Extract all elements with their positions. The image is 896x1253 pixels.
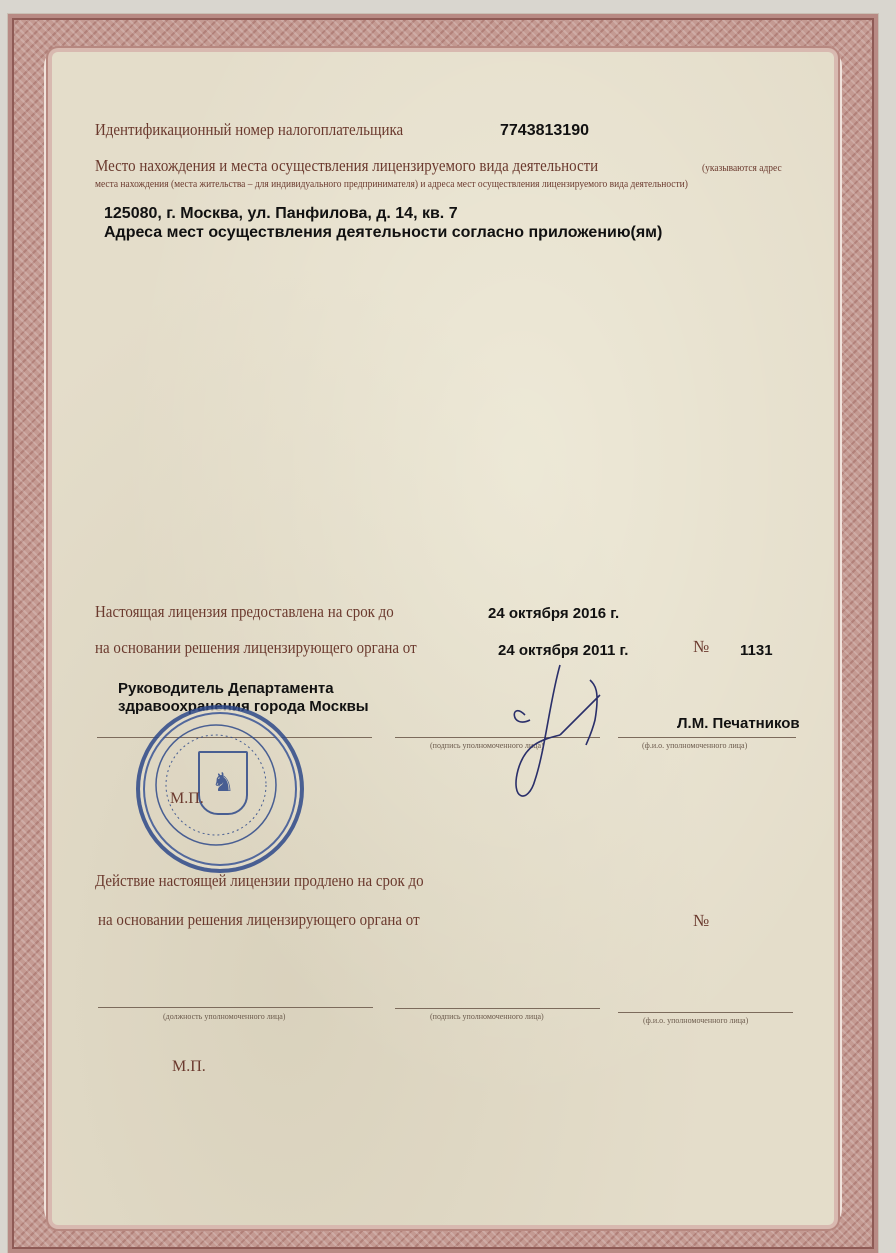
extension-caption-fio: (ф.и.о. уполномоченного лица) — [643, 1016, 748, 1025]
official-position-line-1: Руководитель Департамента — [118, 680, 334, 697]
fio-line — [618, 737, 796, 738]
extension-position-line — [98, 1007, 373, 1008]
term-label: Настоящая лицензия предоставлена на срок… — [95, 602, 394, 622]
extension-fio-line — [618, 1012, 793, 1013]
extension-caption-signature: (подпись уполномоченного лица) — [430, 1012, 544, 1021]
decision-date: 24 октября 2011 г. — [498, 642, 628, 659]
decision-number: 1131 — [740, 642, 773, 659]
extension-decision-label: на основании решения лицензирующего орга… — [98, 910, 420, 930]
license-sheet — [8, 14, 878, 1253]
extension-label: Действие настоящей лицензии продлено на … — [95, 871, 424, 891]
location-hint-1: (указываются адрес — [702, 162, 782, 174]
location-label: Место нахождения и места осуществления л… — [95, 156, 598, 176]
extension-stamp-place-label: М.П. — [172, 1058, 206, 1076]
location-hint-2: места нахождения (места жительства – для… — [95, 178, 688, 190]
inn-label: Идентификационный номер налогоплательщик… — [95, 120, 403, 140]
address-line-2: Адреса мест осуществления деятельности с… — [104, 224, 662, 242]
extension-signature-line — [395, 1008, 600, 1009]
signature-icon — [500, 660, 620, 810]
official-stamp: ♞ — [136, 705, 304, 873]
extension-number-sign: № — [693, 911, 709, 931]
extension-caption-position: (должность уполномоченного лица) — [163, 1012, 285, 1021]
official-name: Л.М. Печатников — [677, 715, 800, 732]
number-sign: № — [693, 637, 709, 657]
inn-value: 7743813190 — [500, 122, 589, 140]
address-line-1: 125080, г. Москва, ул. Панфилова, д. 14,… — [104, 205, 458, 223]
decision-label: на основании решения лицензирующего орга… — [95, 638, 417, 658]
stamp-place-label: М.П. — [170, 790, 204, 808]
coat-of-arms-icon: ♞ — [198, 751, 248, 815]
term-value: 24 октября 2016 г. — [488, 605, 619, 622]
caption-fio: (ф.и.о. уполномоченного лица) — [642, 741, 747, 750]
